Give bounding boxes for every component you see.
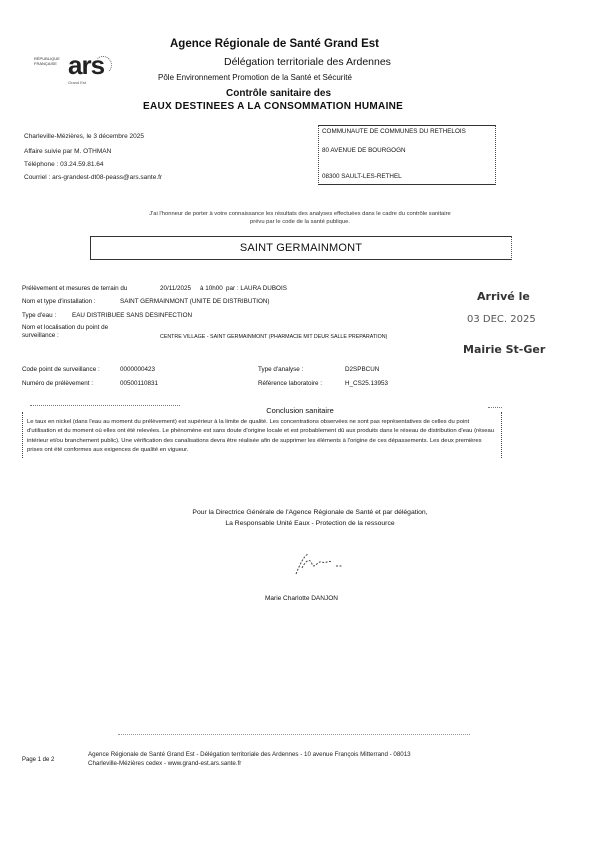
intro-line2: prévu par le code de la santé publique. bbox=[80, 218, 520, 226]
contact-block: Charleville-Mézières, le 3 décembre 2025… bbox=[24, 130, 162, 184]
point-label: Nom et localisation du point de surveill… bbox=[22, 324, 108, 340]
page-number: Page 1 de 2 bbox=[22, 757, 54, 763]
eau-value: EAU DISTRIBUEE SANS DESINFECTION bbox=[72, 312, 192, 319]
conclusion-text: Le taux en nickel (dans l'eau au moment … bbox=[23, 412, 501, 455]
pole-name: Pôle Environnement Promotion de la Santé… bbox=[158, 73, 352, 82]
analyse-value: D2SPBCUN bbox=[345, 366, 379, 373]
recipient-line1: COMMUNAUTE DE COMMUNES DU RETHELOIS bbox=[322, 128, 466, 135]
doc-title-line1: Contrôle sanitaire des bbox=[226, 88, 331, 99]
intro-line1: J'ai l'honneur de porter à votre connais… bbox=[80, 210, 520, 218]
installation-label: Nom et type d'installation : bbox=[22, 298, 96, 305]
recipient-line2: 80 AVENUE DE BOURGOGN bbox=[322, 147, 406, 154]
analyse-label: Type d'analyse : bbox=[258, 366, 303, 373]
conclusion-box: Le taux en nickel (dans l'eau au moment … bbox=[22, 412, 502, 458]
point-value: CENTRE VILLAGE - SAINT GERMAINMONT (PHAR… bbox=[160, 334, 387, 340]
numero-label: Numéro de prélèvement : bbox=[22, 380, 93, 387]
stamp-date: 03 DEC. 2025 bbox=[467, 314, 536, 325]
ars-logo: RÉPUBLIQUE FRANÇAISE ars Grand Est bbox=[30, 52, 120, 92]
eau-label: Type d'eau : bbox=[22, 312, 56, 319]
affaire-suivie: Affaire suivie par M. OTHMAN bbox=[24, 145, 162, 158]
intro-text: J'ai l'honneur de porter à votre connais… bbox=[80, 210, 520, 226]
code-label: Code point de surveillance : bbox=[22, 366, 100, 373]
doc-title-line2: EAUX DESTINEES A LA CONSOMMATION HUMAINE bbox=[143, 101, 403, 112]
prelevement-by: par : LAURA DUBOIS bbox=[226, 285, 287, 292]
signature-line2: La Responsable Unité Eaux - Protection d… bbox=[150, 518, 470, 529]
ars-region: Grand Est bbox=[68, 80, 86, 85]
footer-line2[interactable]: Charleville-Mézières cedex - www.grand-e… bbox=[88, 759, 411, 768]
email[interactable]: Courriel : ars-grandest-dt08-peass@ars.s… bbox=[24, 171, 162, 184]
telephone: Téléphone : 03.24.59.81.64 bbox=[24, 158, 162, 171]
signature-text: Pour la Directrice Générale de l'Agence … bbox=[150, 507, 470, 529]
footer-divider bbox=[118, 734, 470, 735]
commune-box: SAINT GERMAINMONT bbox=[90, 236, 512, 260]
stamp-mairie: Mairie St-Ger bbox=[463, 343, 545, 356]
place-date: Charleville-Mézières, le 3 décembre 2025 bbox=[24, 130, 162, 143]
footer-line1: Agence Régionale de Santé Grand Est - Dé… bbox=[88, 750, 411, 759]
prelevement-label: Prélèvement et mesures de terrain du bbox=[22, 285, 127, 292]
prelevement-date: 20/11/2025 bbox=[160, 285, 191, 292]
stamp-arrive: Arrivé le bbox=[477, 290, 530, 303]
recipient-line3: 08300 SAULT-LES-RETHEL bbox=[322, 173, 402, 180]
point-label-2: surveillance : bbox=[22, 332, 108, 340]
numero-value: 00500110831 bbox=[120, 380, 158, 387]
ref-value: H_CS25.13953 bbox=[345, 380, 388, 387]
signer-name: Marie Charlotte DANJON bbox=[265, 595, 338, 602]
signature-line1: Pour la Directrice Générale de l'Agence … bbox=[150, 507, 470, 518]
conclusion-divider bbox=[30, 405, 180, 406]
installation-value: SAINT GERMAINMONT (UNITE DE DISTRIBUTION… bbox=[120, 298, 270, 305]
republique-logo: RÉPUBLIQUE FRANÇAISE bbox=[34, 56, 58, 66]
ref-label: Référence laboratoire : bbox=[258, 380, 322, 387]
point-label-1: Nom et localisation du point de bbox=[22, 324, 108, 332]
handwritten-signature bbox=[288, 550, 348, 578]
delegation-name: Délégation territoriale des Ardennes bbox=[224, 56, 391, 68]
recipient-address: COMMUNAUTE DE COMMUNES DU RETHELOIS 80 A… bbox=[318, 125, 496, 185]
prelevement-time: à 10h00 bbox=[200, 285, 223, 292]
code-value: 0000000423 bbox=[120, 366, 155, 373]
ars-arc-icon bbox=[94, 56, 112, 74]
conclusion-divider-right bbox=[488, 407, 502, 408]
footer-address: Agence Régionale de Santé Grand Est - Dé… bbox=[88, 750, 411, 768]
